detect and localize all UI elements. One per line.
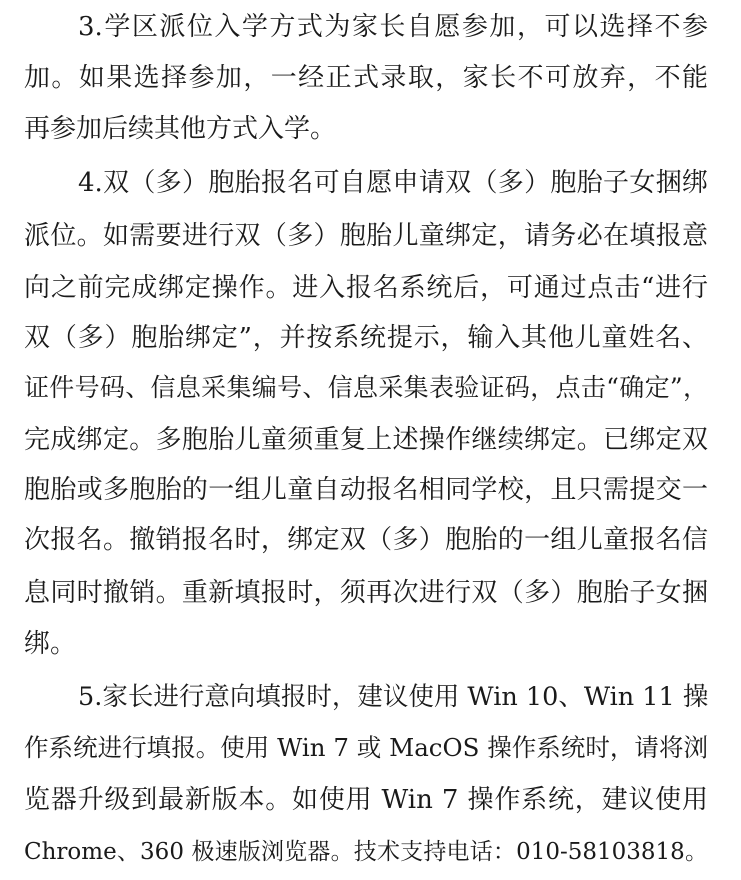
- paragraph-line: 完成绑定。多胞胎儿童须重复上述操作继续绑定。已绑定双: [24, 420, 708, 460]
- paragraph-line: 派位。如需要进行双（多）胞胎儿童绑定，请务必在填报意: [24, 216, 708, 256]
- paragraph-line: 证件号码、信息采集编号、信息采集表验证码，点击“确定”，: [24, 368, 708, 408]
- paragraph-line: 加。如果选择参加，一经正式录取，家长不可放弃，不能: [24, 58, 708, 98]
- paragraph-line-tech-support: Chrome、360 极速版浏览器。技术支持电话：010-58103818。: [24, 832, 708, 872]
- paragraph-line: 5.家长进行意向填报时，建议使用 Win 10、Win 11 操: [78, 677, 708, 717]
- paragraph-line: 胞胎或多胞胎的一组儿童自动报名相同学校，且只需提交一: [24, 470, 708, 510]
- paragraph-line: 3.学区派位入学方式为家长自愿参加，可以选择不参: [78, 7, 708, 47]
- paragraph-line: 绑。: [24, 624, 708, 664]
- paragraph-line: 次报名。撤销报名时，绑定双（多）胞胎的一组儿童报名信: [24, 520, 708, 560]
- paragraph-line: 息同时撤销。重新填报时，须再次进行双（多）胞胎子女捆: [24, 573, 708, 613]
- paragraph-line: 向之前完成绑定操作。进入报名系统后，可通过点击“进行: [24, 268, 708, 308]
- paragraph-line: 览器升级到最新版本。如使用 Win 7 操作系统，建议使用: [24, 780, 708, 820]
- paragraph-line: 4.双（多）胞胎报名可自愿申请双（多）胞胎子女捆绑: [78, 163, 708, 203]
- paragraph-line: 双（多）胞胎绑定”，并按系统提示，输入其他儿童姓名、: [24, 318, 708, 358]
- paragraph-line: 再参加后续其他方式入学。: [24, 109, 708, 149]
- paragraph-line: 作系统进行填报。使用 Win 7 或 MacOS 操作系统时，请将浏: [24, 728, 708, 768]
- document-page: 3.学区派位入学方式为家长自愿参加，可以选择不参 加。如果选择参加，一经正式录取…: [0, 0, 741, 880]
